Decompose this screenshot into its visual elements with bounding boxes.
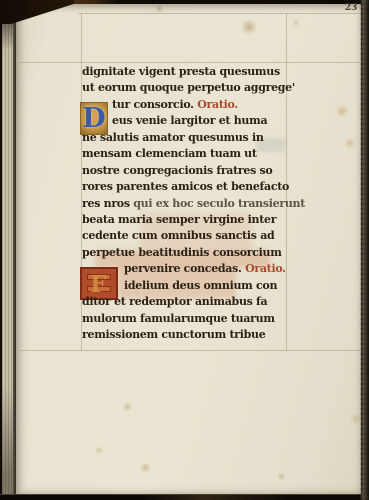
stain [95, 447, 103, 454]
folio-number: 23 [341, 3, 361, 13]
photo-bottom-band [0, 494, 369, 500]
ruling-line-horizontal [78, 13, 360, 14]
manuscript-line: remissionem cunctorum tribue [82, 327, 294, 343]
stain [140, 463, 151, 472]
manuscript-line: mensam clemenciam tuam ut [82, 146, 294, 162]
manuscript-line: perpetue beatitudinis consorcium [82, 245, 294, 261]
manuscript-line: dignitate vigent presta quesumus [82, 64, 294, 80]
manuscript-text: qui ex hoc seculo transierunt [133, 197, 305, 210]
manuscript-text: idelium deus omnium con [124, 279, 277, 292]
manuscript-line: idelium deus omnium con [82, 278, 294, 294]
stain [155, 5, 164, 12]
rubric-text: Oratio. [245, 262, 286, 275]
manuscript-photo: { "colors": { "bg": "#0f0b06", "parchmen… [0, 0, 369, 500]
stain [344, 138, 356, 148]
stain [277, 473, 286, 480]
stain [292, 20, 300, 26]
manuscript-line: mulorum famularumque tuarum [82, 311, 294, 327]
manuscript-line: ditor et redemptor animabus fa [82, 294, 294, 310]
manuscript-text: perpetue beatitudinis consorcium [82, 246, 282, 259]
manuscript-line: cedente cum omnibus sanctis ad [82, 228, 294, 244]
manuscript-text: rores parentes amicos et benefacto [82, 180, 289, 193]
manuscript-line: ut eorum quoque perpetuo aggrege' [82, 80, 294, 96]
page-edges-strip [2, 6, 13, 494]
manuscript-line: beata maria semper virgine inter [82, 212, 294, 228]
fore-edge-streaks [360, 0, 369, 500]
manuscript-line: rores parentes amicos et benefacto [82, 179, 294, 195]
manuscript-text: remissionem cunctorum tribue [82, 328, 265, 341]
manuscript-line: eus venie largitor et huma [82, 113, 294, 129]
manuscript-line: res nros qui ex hoc seculo transierunt [82, 196, 294, 212]
manuscript-line: nostre congregacionis fratres so [82, 163, 294, 179]
manuscript-line: ne salutis amator quesumus in [82, 130, 294, 146]
manuscript-text: beata maria semper virgine inter [82, 213, 276, 226]
stain [350, 414, 362, 424]
manuscript-line: tur consorcio. Oratio. [82, 97, 294, 113]
manuscript-text: dignitate vigent presta quesumus [82, 65, 280, 78]
manuscript-text: eus venie largitor et huma [112, 114, 267, 127]
manuscript-text: ne salutis amator quesumus in [82, 131, 264, 144]
manuscript-text: mulorum famularumque tuarum [82, 312, 275, 325]
ruling-line-horizontal [20, 62, 360, 63]
manuscript-text: tur consorcio. [112, 98, 197, 111]
manuscript-text: pervenire concedas. [124, 262, 245, 275]
rubric-text: Oratio. [197, 98, 238, 111]
stain [335, 105, 349, 117]
ruling-line-horizontal [20, 350, 362, 351]
manuscript-text: res nros [82, 197, 133, 210]
page-edges-shade [2, 6, 13, 494]
stain [122, 402, 133, 411]
manuscript-text: ditor et redemptor animabus fa [82, 295, 267, 308]
text-block: dignitate vigent presta quesumusut eorum… [82, 64, 294, 343]
manuscript-line: pervenire concedas. Oratio. [82, 261, 294, 277]
manuscript-text: cedente cum omnibus sanctis ad [82, 229, 274, 242]
manuscript-text: nostre congregacionis fratres so [82, 164, 272, 177]
manuscript-text: mensam clemenciam tuam ut [82, 147, 257, 160]
manuscript-text: ut eorum quoque perpetuo aggrege' [82, 81, 295, 94]
stain [240, 20, 258, 34]
fore-edge-strip [360, 0, 369, 500]
